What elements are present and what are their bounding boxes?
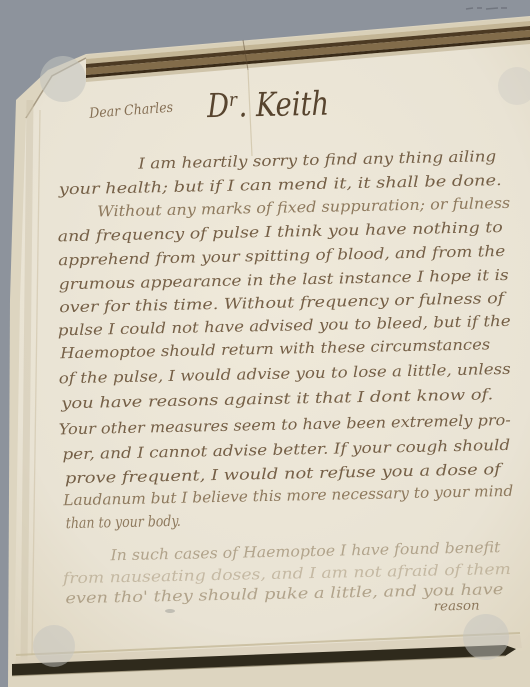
- stain-mark-bottom-right: [463, 614, 509, 660]
- stain-mark-bottom-left: [33, 625, 75, 667]
- catchword: reason: [433, 599, 479, 615]
- manuscript-scan: Dear Charles Dʳ. Keith I am heartily sor…: [0, 0, 530, 687]
- stain-mark-top-left: [40, 56, 86, 102]
- page-title: Dʳ. Keith: [206, 84, 330, 126]
- manuscript-line: than to your body.: [66, 512, 181, 532]
- small-smudge: [165, 609, 175, 613]
